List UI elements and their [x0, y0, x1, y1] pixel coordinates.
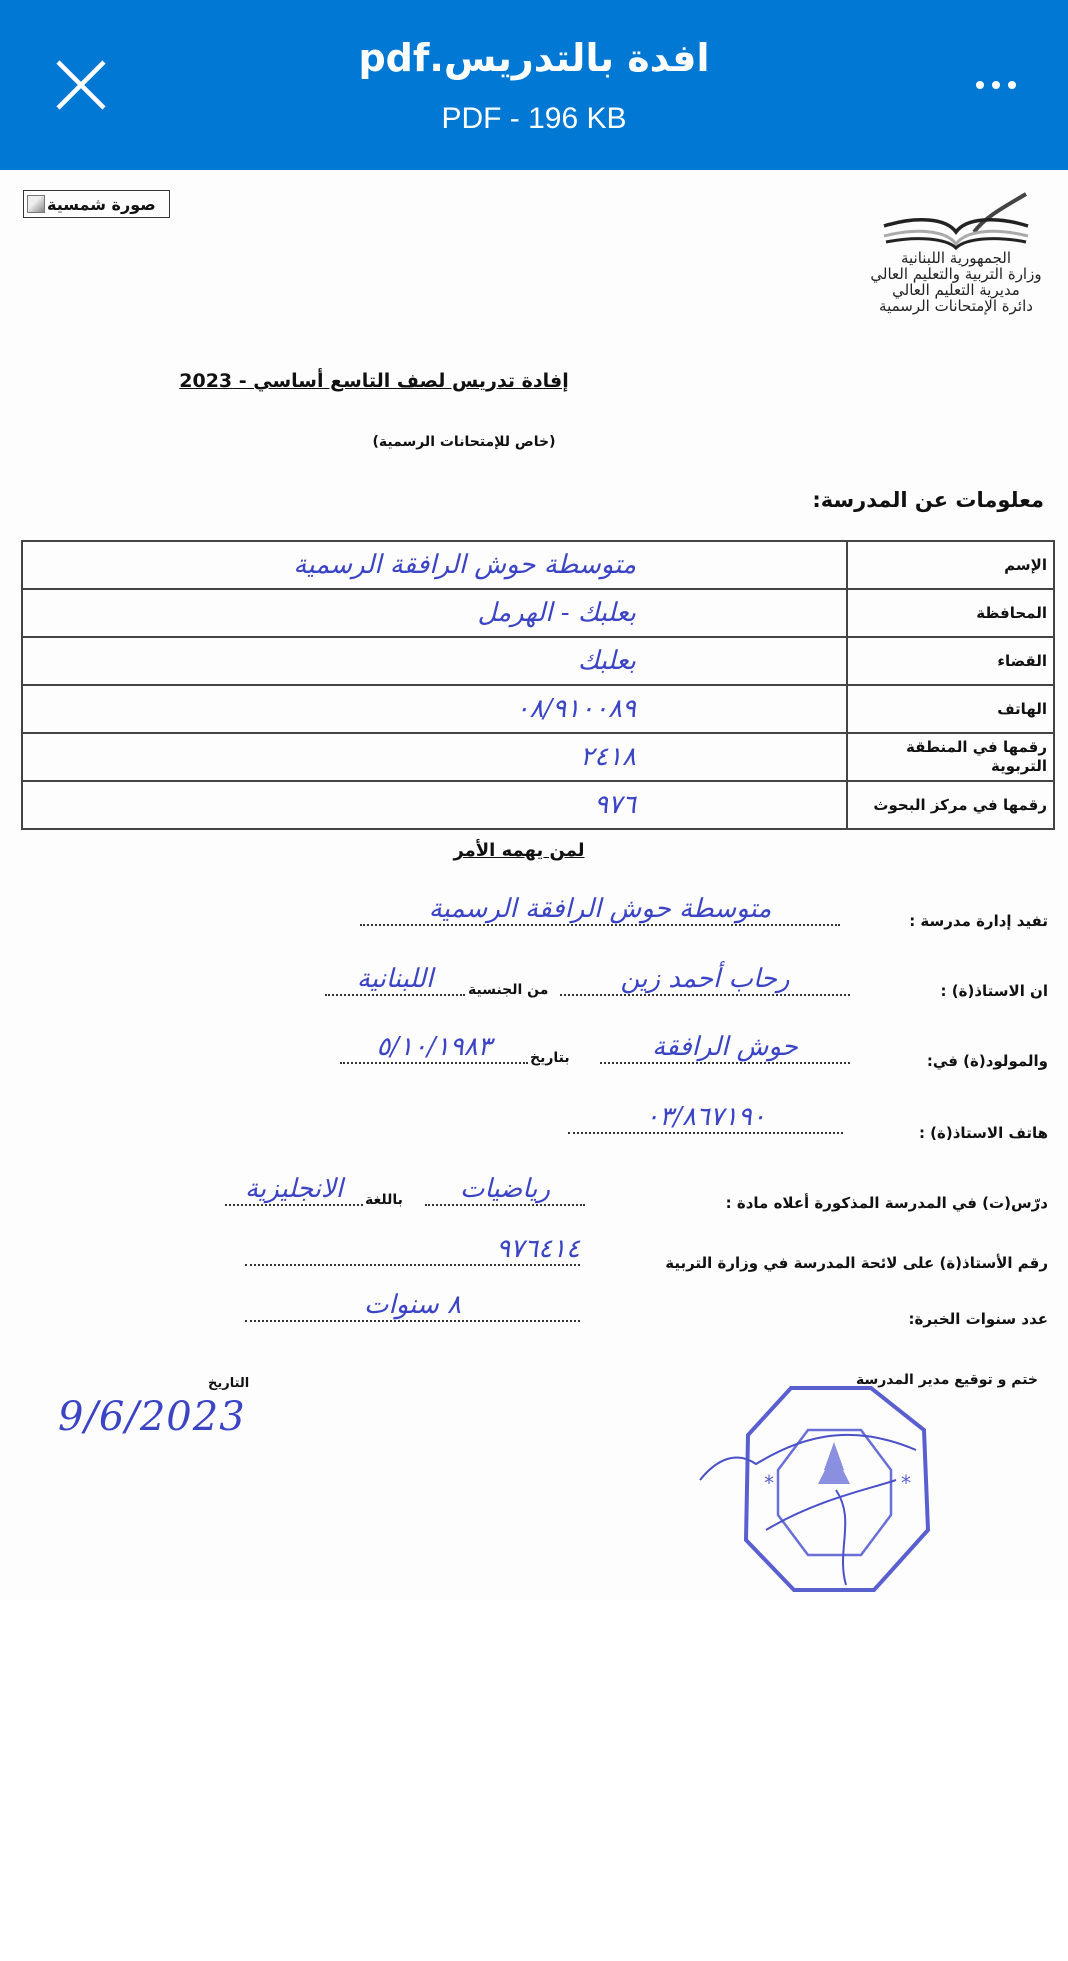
handwritten-value: رياضيات [460, 1176, 550, 1204]
handwritten-value: ٩٧٦ [594, 790, 636, 820]
language-field: الانجليزية [225, 1170, 363, 1206]
more-options-icon [976, 81, 984, 89]
handwritten-value: ٥/١٠/١٩٨٣ [376, 1034, 491, 1062]
row-label: القضاء [847, 637, 1054, 685]
ministry-line: الجمهورية اللبنانية [856, 250, 1056, 266]
school-info-heading: معلومات عن المدرسة: [812, 488, 1044, 512]
photo-placeholder-label: صورة شمسية [47, 195, 156, 214]
ministry-line: دائرة الإمتحانات الرسمية [856, 298, 1056, 314]
svg-text:*: * [764, 1471, 774, 1495]
birth-date-field: ٥/١٠/١٩٨٣ [340, 1028, 528, 1064]
experience-field: ٨ سنوات [245, 1286, 580, 1322]
viewer-app-bar: افدة بالتدريس.pdf PDF - 196 KB [0, 0, 1068, 170]
row-label: الهاتف [847, 685, 1054, 733]
row-label: رقمها في المنطقة التربوية [847, 733, 1054, 781]
nationality-field: اللبنانية [325, 960, 465, 996]
form-row-school: تفيد إدارة مدرسة : متوسطة حوش الرافقة ال… [0, 890, 1068, 940]
to-whom-heading: لمن يهمه الأمر [0, 840, 1068, 861]
language-label: باللغة [365, 1192, 403, 1208]
table-row: رقمها في مركز البحوث ٩٧٦ [22, 781, 1054, 829]
row-value: بعلبك [22, 637, 847, 685]
broken-image-icon [27, 195, 45, 213]
ministry-header: الجمهورية اللبنانية وزارة التربية والتعل… [856, 190, 1056, 314]
school-admin-label: تفيد إدارة مدرسة : [909, 912, 1048, 930]
table-row: الهاتف ٠٨/٩١٠٠٨٩ [22, 685, 1054, 733]
teacher-phone-field: ٠٣/٨٦٧١٩٠ [568, 1098, 843, 1134]
experience-label: عدد سنوات الخبرة: [909, 1310, 1048, 1328]
born-label: والمولود(ة) في: [927, 1052, 1048, 1070]
birth-place-field: حوش الرافقة [600, 1028, 850, 1064]
handwritten-value: ٩٧٦٤١٤ [496, 1236, 580, 1264]
roster-number-label: رقم الأستاذ(ة) على لائحة المدرسة في وزار… [665, 1254, 1048, 1272]
row-value: ٠٨/٩١٠٠٨٩ [22, 685, 847, 733]
ministry-line: وزارة التربية والتعليم العالي [856, 266, 1056, 282]
table-row: رقمها في المنطقة التربوية ٢٤١٨ [22, 733, 1054, 781]
page-background [0, 1600, 1068, 1961]
roster-number-field: ٩٧٦٤١٤ [245, 1230, 580, 1266]
more-options-button[interactable] [966, 70, 1026, 100]
handwritten-value: ٨ سنوات [364, 1292, 461, 1320]
teacher-phone-label: هاتف الاستاذ(ة) : [919, 1124, 1048, 1142]
form-row-subject: درّس(ت) في المدرسة المذكورة أعلاه مادة :… [0, 1170, 1068, 1220]
handwritten-value: الانجليزية [245, 1176, 343, 1204]
more-dot [1008, 81, 1016, 89]
handwritten-value: رحاب أحمد زين [620, 966, 789, 994]
form-row-phone: هاتف الاستاذ(ة) : ٠٣/٨٦٧١٩٠ [0, 1098, 1068, 1148]
document-subtitle: (خاص للإمتحانات الرسمية) [0, 434, 1068, 450]
handwritten-value: ٢٤١٨ [580, 742, 636, 772]
school-admin-field: متوسطة حوش الرافقة الرسمية [360, 890, 840, 926]
teacher-label: ان الاستاذ(ة) : [941, 982, 1048, 1000]
handwritten-value: ٠٣/٨٦٧١٩٠ [645, 1104, 765, 1132]
form-row-roster: رقم الأستاذ(ة) على لائحة المدرسة في وزار… [0, 1228, 1068, 1278]
school-stamp-icon: * * [696, 1380, 966, 1600]
row-value: متوسطة حوش الرافقة الرسمية [22, 541, 847, 589]
subject-field: رياضيات [425, 1170, 585, 1206]
pdf-page[interactable]: صورة شمسية الجمهورية اللبنانية وزارة الت… [0, 170, 1068, 1600]
table-row: القضاء بعلبك [22, 637, 1054, 685]
nationality-label: من الجنسية [468, 982, 548, 998]
handwritten-value: بعلبك [578, 646, 636, 676]
school-info-table: الإسم متوسطة حوش الرافقة الرسمية المحافظ… [21, 540, 1055, 830]
more-dot [992, 81, 1000, 89]
document-title-text: إفادة تدريس لصف التاسع أساسي - 2023 [179, 370, 568, 392]
handwritten-value: متوسطة حوش الرافقة الرسمية [293, 550, 636, 580]
file-title: افدة بالتدريس.pdf [0, 36, 1068, 80]
form-row-teacher: ان الاستاذ(ة) : رحاب أحمد زين من الجنسية… [0, 960, 1068, 1010]
form-row-birth: والمولود(ة) في: حوش الرافقة بتاريخ ٥/١٠/… [0, 1028, 1068, 1078]
row-label: المحافظة [847, 589, 1054, 637]
row-value: ٩٧٦ [22, 781, 847, 829]
photo-placeholder: صورة شمسية [23, 190, 170, 218]
row-value: بعلبك - الهرمل [22, 589, 847, 637]
row-label: رقمها في مركز البحوث [847, 781, 1054, 829]
book-logo-icon [876, 190, 1036, 250]
document-title: إفادة تدريس لصف التاسع أساسي - 2023 [0, 370, 1068, 392]
row-value: ٢٤١٨ [22, 733, 847, 781]
svg-text:*: * [901, 1471, 911, 1495]
row-label: الإسم [847, 541, 1054, 589]
handwritten-value: حوش الرافقة [652, 1034, 798, 1062]
taught-label: درّس(ت) في المدرسة المذكورة أعلاه مادة : [726, 1194, 1048, 1212]
date-value: 9/6/2023 [58, 1394, 246, 1440]
handwritten-value: اللبنانية [357, 966, 433, 994]
born-date-label: بتاريخ [530, 1050, 570, 1066]
file-meta: PDF - 196 KB [0, 102, 1068, 136]
table-row: الإسم متوسطة حوش الرافقة الرسمية [22, 541, 1054, 589]
handwritten-value: بعلبك - الهرمل [477, 598, 636, 628]
date-label: التاريخ [208, 1376, 249, 1391]
teacher-name-field: رحاب أحمد زين [560, 960, 850, 996]
form-row-experience: عدد سنوات الخبرة: ٨ سنوات [0, 1282, 1068, 1332]
ministry-line: مديرية التعليم العالي [856, 282, 1056, 298]
handwritten-value: ٠٨/٩١٠٠٨٩ [516, 694, 636, 724]
handwritten-value: متوسطة حوش الرافقة الرسمية [429, 896, 772, 924]
table-row: المحافظة بعلبك - الهرمل [22, 589, 1054, 637]
